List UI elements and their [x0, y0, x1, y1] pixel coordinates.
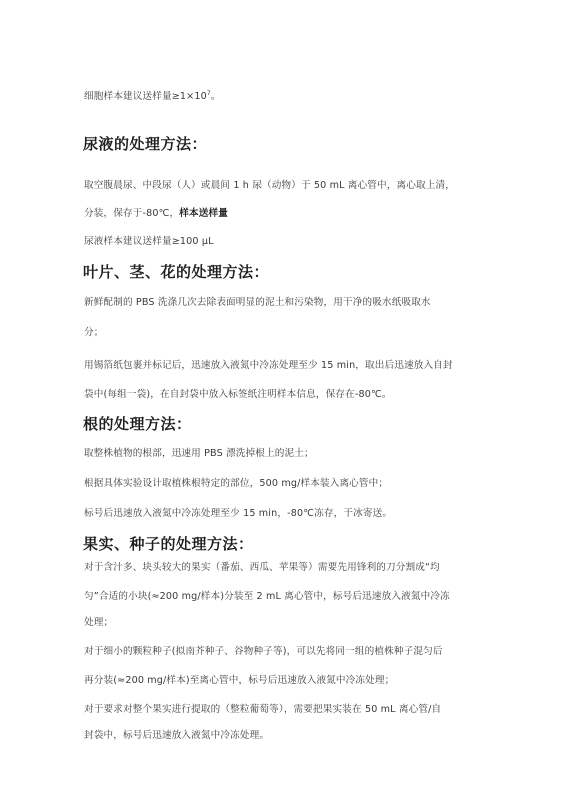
- fruits-line-7: 封袋中，标号后迅速放入液氮中冷冻处理。: [84, 729, 269, 743]
- fruits-line-4: 对于细小的颗粒种子(拟南芥种子、谷物种子等)，可以先将同一组的植株种子混匀后: [84, 645, 443, 659]
- fruits-line-1: 对于含汁多、块头较大的果实（番茄、西瓜、苹果等）需要先用锋利的刀分割成“均: [84, 561, 440, 575]
- document-page: 细胞样本建议送样量≥1×107。 尿液的处理方法： 取空腹晨尿、中段尿（人）或晨…: [0, 0, 565, 800]
- urine-line-1: 取空腹晨尿、中段尿（人）或晨间 1 h 尿（动物）于 50 mL 离心管中，离心…: [84, 179, 455, 193]
- cell-sample-text: 细胞样本建议送样量≥1×10: [84, 91, 207, 102]
- fruits-line-2: 匀”合适的小块(≈200 mg/样本)分装至 2 mL 离心管中，标号后迅速放入…: [84, 590, 450, 604]
- roots-line-1: 取整株植物的根部，迅速用 PBS 漂洗掉根上的泥土；: [84, 447, 314, 461]
- section-heading-urine: 尿液的处理方法：: [83, 134, 207, 154]
- section-heading-fruits-seeds: 果实、种子的处理方法：: [83, 534, 254, 554]
- roots-line-3: 标号后迅速放入液氮中冷冻处理至少 15 min，-80℃冻存，干冰寄送。: [84, 507, 392, 521]
- leaves-line-4: 袋中(每组一袋)，在自封袋中放入标签纸注明样本信息，保存在-80℃。: [84, 388, 392, 402]
- fruits-line-6: 对于要求对整个果实进行提取的（整粒葡萄等），需要把果实装在 50 mL 离心管/…: [84, 703, 441, 717]
- cell-sample-amount-line: 细胞样本建议送样量≥1×107。: [84, 90, 221, 104]
- section-heading-leaves: 叶片、茎、花的处理方法：: [83, 262, 269, 282]
- leaves-line-2: 分；: [84, 326, 104, 340]
- roots-line-2: 根据具体实验设计取植株根特定的部位，500 mg/样本装入离心管中；: [84, 477, 388, 491]
- leaves-line-1: 新鲜配制的 PBS 洗涤几次去除表面明显的泥土和污染物，用干净的吸水纸吸取水: [84, 296, 431, 310]
- fruits-line-3: 处理；: [84, 616, 113, 630]
- urine-line-2: 分装，保存于-80℃，样本送样量: [84, 207, 228, 221]
- section-heading-roots: 根的处理方法：: [83, 414, 192, 434]
- leaves-line-3: 用锡箔纸包裹并标记后，迅速放入液氮中冷冻处理至少 15 min，取出后迅速放入自…: [84, 359, 453, 373]
- fruits-line-5: 再分装(≈200 mg/样本)至离心管中，标号后迅速放入液氮中冷冻处理；: [84, 674, 394, 688]
- urine-line-3: 尿液样本建议送样量≥100 μL: [84, 235, 214, 249]
- urine-bold-label: 样本送样量: [179, 208, 228, 219]
- urine-storage-text: 分装，保存于-80℃，: [84, 208, 179, 219]
- period: 。: [211, 91, 221, 102]
